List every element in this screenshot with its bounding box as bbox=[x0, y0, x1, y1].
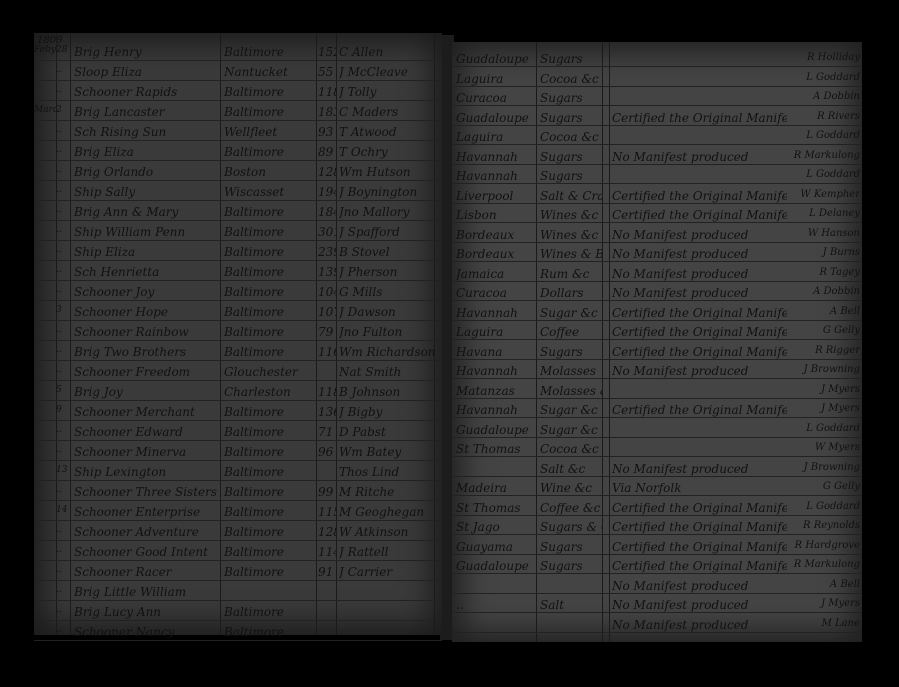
ledger-row: ..Schooner RacerBaltimore91J Carrier bbox=[34, 561, 442, 583]
port-cell: Boston bbox=[224, 165, 316, 179]
remarks-cell: Certified the Original Manifest bbox=[612, 559, 787, 573]
remarks-cell: Certified the Original Manifest bbox=[612, 345, 787, 359]
signed-cell: M Lane bbox=[790, 618, 860, 629]
remarks-cell: Certified the Original Manifest bbox=[612, 208, 787, 222]
remarks-cell: Certified the Original Manifest bbox=[612, 520, 787, 534]
cargo-cell: Sugars bbox=[540, 540, 602, 554]
from-cell: St Jago bbox=[456, 520, 536, 534]
day-cell: 14 bbox=[56, 505, 70, 515]
day-cell: .. bbox=[56, 525, 70, 535]
tons-cell: 114 bbox=[318, 545, 336, 559]
ledger-row: 14Schooner EnterpriseBaltimore115M Geogh… bbox=[34, 501, 442, 523]
ledger-row: ..Schooner FreedomGlouchesterNat Smith bbox=[34, 361, 442, 383]
day-cell: .. bbox=[56, 165, 70, 175]
from-cell: Havannah bbox=[456, 169, 536, 183]
vessel-cell: Schooner Rainbow bbox=[74, 325, 220, 339]
from-cell: Guadaloupe bbox=[456, 111, 536, 125]
master-cell: B Stovel bbox=[339, 245, 434, 259]
tons-cell: 115 bbox=[318, 505, 336, 519]
signed-cell: W Hanson bbox=[790, 228, 860, 239]
from-cell: Liverpool bbox=[456, 189, 536, 203]
signed-cell: L Goddard bbox=[790, 72, 860, 83]
from-cell: Laguira bbox=[456, 325, 536, 339]
signed-cell: A Bell bbox=[790, 306, 860, 317]
day-cell: 5 bbox=[56, 385, 70, 395]
tons-cell: 194 bbox=[318, 185, 336, 199]
vessel-cell: Schooner Three Sisters bbox=[74, 485, 220, 499]
from-cell: Curacoa bbox=[456, 91, 536, 105]
master-cell: J Rattell bbox=[339, 545, 434, 559]
vessel-cell: Schooner Hope bbox=[74, 305, 220, 319]
tons-cell: 89 bbox=[318, 145, 336, 159]
cargo-cell: Sugars bbox=[540, 91, 602, 105]
from-cell: Havannah bbox=[456, 150, 536, 164]
port-cell: Baltimore bbox=[224, 345, 316, 359]
master-cell: W Atkinson bbox=[339, 525, 434, 539]
vessel-cell: Sloop Eliza bbox=[74, 65, 220, 79]
tons-cell: 239 bbox=[318, 245, 336, 259]
port-cell: Baltimore bbox=[224, 105, 316, 119]
port-cell: Charleston bbox=[224, 385, 316, 399]
vessel-cell: Schooner Racer bbox=[74, 565, 220, 579]
cargo-cell: Dollars bbox=[540, 286, 602, 300]
vessel-cell: Brig Two Brothers bbox=[74, 345, 220, 359]
port-cell: Baltimore bbox=[224, 545, 316, 559]
from-cell: Havannah bbox=[456, 306, 536, 320]
remarks-cell: No Manifest produced bbox=[612, 364, 787, 378]
cargo-cell: Sugars bbox=[540, 111, 602, 125]
day-cell: .. bbox=[56, 245, 70, 255]
vessel-cell: Brig Lucy Ann bbox=[74, 605, 220, 619]
master-cell: J Dawson bbox=[339, 305, 434, 319]
port-cell: Baltimore bbox=[224, 225, 316, 239]
vessel-cell: Brig Lancaster bbox=[74, 105, 220, 119]
vessel-cell: Schooner Minerva bbox=[74, 445, 220, 459]
from-cell: Madeira bbox=[456, 481, 536, 495]
vessel-cell: Schooner Merchant bbox=[74, 405, 220, 419]
signed-cell: L Delaney bbox=[790, 208, 860, 219]
signed-cell: R Rivers bbox=[790, 111, 860, 122]
vessel-cell: Brig Little William bbox=[74, 585, 220, 599]
ledger-row: ..Schooner MinervaBaltimore96Wm Batey bbox=[34, 441, 442, 463]
day-cell: .. bbox=[56, 125, 70, 135]
master-cell: Jno Mallory bbox=[339, 205, 434, 219]
from-cell: .. bbox=[456, 598, 536, 612]
vessel-cell: Schooner Edward bbox=[74, 425, 220, 439]
tons-cell: 118 bbox=[318, 385, 336, 399]
master-cell: J Carrier bbox=[339, 565, 434, 579]
tons-cell: 128 bbox=[318, 165, 336, 179]
ledger-row: ..Schooner AdventureBaltimore128W Atkins… bbox=[34, 521, 442, 543]
master-cell: C Maders bbox=[339, 105, 434, 119]
vessel-cell: Schooner Rapids bbox=[74, 85, 220, 99]
tons-cell: 139 bbox=[318, 265, 336, 279]
tons-cell: 128 bbox=[318, 525, 336, 539]
signed-cell: A Dobbin bbox=[790, 91, 860, 102]
vessel-cell: Brig Eliza bbox=[74, 145, 220, 159]
day-cell: .. bbox=[56, 365, 70, 375]
signed-cell: G Gelly bbox=[790, 325, 860, 336]
signed-cell: L Goddard bbox=[790, 130, 860, 141]
remarks-cell: Via Norfolk bbox=[612, 481, 787, 495]
remarks-cell: Certified the Original Manifest bbox=[612, 306, 787, 320]
remarks-cell: No Manifest produced bbox=[612, 598, 787, 612]
from-cell: Guayama bbox=[456, 540, 536, 554]
cargo-cell: Sugar &c bbox=[540, 423, 602, 437]
port-cell: Baltimore bbox=[224, 445, 316, 459]
signed-cell: J Myers bbox=[790, 403, 860, 414]
cargo-cell: Molasses bbox=[540, 364, 602, 378]
ledger-row: ..Schooner JoyBaltimore104G Mills bbox=[34, 281, 442, 303]
day-cell: .. bbox=[56, 265, 70, 275]
cargo-cell: Cocoa &c bbox=[540, 442, 602, 456]
cargo-cell: Wine &c bbox=[540, 481, 602, 495]
remarks-cell: No Manifest produced bbox=[612, 286, 787, 300]
port-cell: Baltimore bbox=[224, 465, 316, 479]
vessel-cell: Brig Henry bbox=[74, 45, 220, 59]
from-cell: Bordeaux bbox=[456, 228, 536, 242]
day-cell: .. bbox=[56, 605, 70, 615]
port-cell: Baltimore bbox=[224, 85, 316, 99]
cargo-cell: Sugars bbox=[540, 559, 602, 573]
signed-cell: L Goddard bbox=[790, 169, 860, 180]
signed-cell: J Browning bbox=[790, 462, 860, 473]
cargo-cell: Molasses & Sugar bbox=[540, 384, 602, 398]
signed-cell: R Markulong bbox=[790, 150, 860, 161]
from-cell: Havana bbox=[456, 345, 536, 359]
tons-cell: 136 bbox=[318, 405, 336, 419]
vessel-cell: Schooner Good Intent bbox=[74, 545, 220, 559]
day-cell: .. bbox=[56, 425, 70, 435]
port-cell: Baltimore bbox=[224, 265, 316, 279]
master-cell: G Mills bbox=[339, 285, 434, 299]
remarks-cell: Certified the Original Manifest bbox=[612, 325, 787, 339]
month-cell: March bbox=[34, 105, 56, 115]
ledger-row: ..Brig Ann & MaryBaltimore184Jno Mallory bbox=[34, 201, 442, 223]
signed-cell: R Hardgrove bbox=[790, 540, 860, 551]
ledger-row: ..Schooner EdwardBaltimore71D Pabst bbox=[34, 421, 442, 443]
vessel-cell: Sch Henrietta bbox=[74, 265, 220, 279]
ledger-row: ..Ship William PennBaltimore301J Spaffor… bbox=[34, 221, 442, 243]
port-cell: Nantucket bbox=[224, 65, 316, 79]
master-cell: D Pabst bbox=[339, 425, 434, 439]
tons-cell: 91 bbox=[318, 565, 336, 579]
from-cell: St Thomas bbox=[456, 442, 536, 456]
ledger-row: ..Sch Rising SunWellfleet93T Atwood bbox=[34, 121, 442, 143]
port-cell: Baltimore bbox=[224, 205, 316, 219]
day-cell: .. bbox=[56, 345, 70, 355]
from-cell: Curacoa bbox=[456, 286, 536, 300]
ledger-row: ..Brig ElizaBaltimore89T Ochry bbox=[34, 141, 442, 163]
port-cell: Baltimore bbox=[224, 485, 316, 499]
remarks-cell: Certified the Original Manifest bbox=[612, 403, 787, 417]
master-cell: C Allen bbox=[339, 45, 434, 59]
ledger-row: ..Ship SallyWiscasset194J Boynington bbox=[34, 181, 442, 203]
ledger-row: ..Ship ElizaBaltimore239B Stovel bbox=[34, 241, 442, 263]
master-cell: J Bigby bbox=[339, 405, 434, 419]
master-cell: Jno Fulton bbox=[339, 325, 434, 339]
from-cell: Havannah bbox=[456, 364, 536, 378]
ledger-row: ..Schooner RapidsBaltimore118J Tolly bbox=[34, 81, 442, 103]
cargo-cell: Wines & Brandy bbox=[540, 247, 602, 261]
cargo-cell: Coffee bbox=[540, 325, 602, 339]
port-cell: Baltimore bbox=[224, 145, 316, 159]
ledger-row: ..Brig Two BrothersBaltimore116Wm Richar… bbox=[34, 341, 442, 363]
cargo-cell: Cocoa &c bbox=[540, 130, 602, 144]
day-cell: 9 bbox=[56, 405, 70, 415]
vessel-cell: Schooner Nancy bbox=[74, 625, 220, 639]
cargo-cell: Sugars bbox=[540, 169, 602, 183]
cargo-cell: Wines &c bbox=[540, 208, 602, 222]
remarks-cell: Certified the Original Manifest bbox=[612, 189, 787, 203]
master-cell: J Tolly bbox=[339, 85, 434, 99]
cargo-cell: Rum &c bbox=[540, 267, 602, 281]
tons-cell: 152 bbox=[318, 45, 336, 59]
signed-cell: J Myers bbox=[790, 598, 860, 609]
signed-cell: L Goddard bbox=[790, 501, 860, 512]
tons-cell: 79 bbox=[318, 325, 336, 339]
tons-cell: 183 bbox=[318, 105, 336, 119]
port-cell: Baltimore bbox=[224, 625, 316, 639]
tons-cell: 118 bbox=[318, 85, 336, 99]
ledger-row: ..Brig Lucy AnnBaltimore bbox=[34, 601, 442, 623]
master-cell: J Boynington bbox=[339, 185, 434, 199]
signed-cell: R Markulong bbox=[790, 559, 860, 570]
tons-cell: 301 bbox=[318, 225, 336, 239]
cargo-cell: Sugars bbox=[540, 150, 602, 164]
remarks-cell: Certified the Original Manifest bbox=[612, 501, 787, 515]
from-cell: Lisbon bbox=[456, 208, 536, 222]
day-cell: 2 bbox=[56, 105, 70, 115]
ledger-row: ..Schooner Three SistersBaltimore99M Rit… bbox=[34, 481, 442, 503]
remarks-cell: Certified the Original Manifest bbox=[612, 111, 787, 125]
cargo-cell: Cocoa &c bbox=[540, 72, 602, 86]
ledger-row: ..Schooner Good IntentBaltimore114J Ratt… bbox=[34, 541, 442, 563]
day-cell: .. bbox=[56, 85, 70, 95]
from-cell: Guadaloupe bbox=[456, 423, 536, 437]
tons-cell: 93 bbox=[318, 125, 336, 139]
signed-cell: R Holliday bbox=[790, 52, 860, 63]
cargo-cell: Sugar &c bbox=[540, 306, 602, 320]
master-cell: Nat Smith bbox=[339, 365, 434, 379]
tons-cell: 107 bbox=[318, 305, 336, 319]
port-cell: Baltimore bbox=[224, 45, 316, 59]
tons-cell: 184 bbox=[318, 205, 336, 219]
cargo-cell: Sugars bbox=[540, 345, 602, 359]
tons-cell: 55 bbox=[318, 65, 336, 79]
port-cell: Wiscasset bbox=[224, 185, 316, 199]
tons-cell: 99 bbox=[318, 485, 336, 499]
tons-cell: 116 bbox=[318, 345, 336, 359]
remarks-cell: No Manifest produced bbox=[612, 150, 787, 164]
master-cell: B Johnson bbox=[339, 385, 434, 399]
remarks-cell: No Manifest produced bbox=[612, 618, 787, 632]
ledger-row: March2Brig LancasterBaltimore183C Maders bbox=[34, 101, 442, 123]
port-cell: Baltimore bbox=[224, 285, 316, 299]
port-cell: Wellfleet bbox=[224, 125, 316, 139]
day-cell: .. bbox=[56, 325, 70, 335]
day-cell: 28 bbox=[56, 45, 70, 55]
cargo-cell: Salt & Crates bbox=[540, 189, 602, 203]
ledger-row: No Manifest producedM Lane bbox=[452, 614, 862, 636]
port-cell: Baltimore bbox=[224, 605, 316, 619]
ledger-row: ..Sloop ElizaNantucket55J McCleave bbox=[34, 61, 442, 83]
from-cell: Bordeaux bbox=[456, 247, 536, 261]
vessel-cell: Schooner Joy bbox=[74, 285, 220, 299]
ledger-row: 9Schooner MerchantBaltimore136J Bigby bbox=[34, 401, 442, 423]
cargo-cell: Sugar &c bbox=[540, 403, 602, 417]
ledger-row: Feby28Brig HenryBaltimore152C Allen bbox=[34, 41, 442, 63]
day-cell: .. bbox=[56, 145, 70, 155]
from-cell: Jamaica bbox=[456, 267, 536, 281]
master-cell: T Ochry bbox=[339, 145, 434, 159]
master-cell: J McCleave bbox=[339, 65, 434, 79]
remarks-cell: No Manifest produced bbox=[612, 267, 787, 281]
signed-cell: W Kempher bbox=[790, 189, 860, 200]
master-cell: Wm Batey bbox=[339, 445, 434, 459]
right-ledger-page: GuadaloupeSugarsR HollidayLaguiraCocoa &… bbox=[452, 42, 862, 642]
vessel-cell: Ship Sally bbox=[74, 185, 220, 199]
day-cell: .. bbox=[56, 225, 70, 235]
master-cell: Wm Richardson bbox=[339, 345, 434, 359]
cargo-cell: Sugars & Coffee bbox=[540, 520, 602, 534]
ledger-row: ..Schooner RainbowBaltimore79Jno Fulton bbox=[34, 321, 442, 343]
port-cell: Baltimore bbox=[224, 525, 316, 539]
day-cell: 13 bbox=[56, 465, 70, 475]
signed-cell: R Rigger bbox=[790, 345, 860, 356]
from-cell: Guadaloupe bbox=[456, 559, 536, 573]
ledger-row: ..Brig Little William bbox=[34, 581, 442, 603]
signed-cell: L Goddard bbox=[790, 423, 860, 434]
cargo-cell: Sugars bbox=[540, 52, 602, 66]
vessel-cell: Schooner Enterprise bbox=[74, 505, 220, 519]
port-cell: Baltimore bbox=[224, 405, 316, 419]
vessel-cell: Ship Eliza bbox=[74, 245, 220, 259]
from-cell: Guadaloupe bbox=[456, 52, 536, 66]
ledger-row: ..Schooner NancyBaltimore bbox=[34, 621, 442, 643]
master-cell: Wm Hutson bbox=[339, 165, 434, 179]
signed-cell: J Browning bbox=[790, 364, 860, 375]
vessel-cell: Schooner Freedom bbox=[74, 365, 220, 379]
signed-cell: A Dobbin bbox=[790, 286, 860, 297]
from-cell: Laguira bbox=[456, 130, 536, 144]
ledger-row: 5Brig JoyCharleston118B Johnson bbox=[34, 381, 442, 403]
day-cell: 3 bbox=[56, 305, 70, 315]
day-cell: .. bbox=[56, 585, 70, 595]
signed-cell: J Myers bbox=[790, 384, 860, 395]
cargo-cell: Coffee &c bbox=[540, 501, 602, 515]
vessel-cell: Ship William Penn bbox=[74, 225, 220, 239]
from-cell: Laguira bbox=[456, 72, 536, 86]
day-cell: .. bbox=[56, 485, 70, 495]
day-cell: .. bbox=[56, 205, 70, 215]
ledger-row: ..Sch HenriettaBaltimore139J Pherson bbox=[34, 261, 442, 283]
remarks-cell: Certified the Original Manifest bbox=[612, 540, 787, 554]
from-cell: Havannah bbox=[456, 403, 536, 417]
tons-cell: 104 bbox=[318, 285, 336, 299]
remarks-cell: No Manifest produced bbox=[612, 579, 787, 593]
day-cell: .. bbox=[56, 545, 70, 555]
signed-cell: J Burns bbox=[790, 247, 860, 258]
vessel-cell: Brig Ann & Mary bbox=[74, 205, 220, 219]
remarks-cell: No Manifest produced bbox=[612, 228, 787, 242]
ledger-row: ..Brig OrlandoBoston128Wm Hutson bbox=[34, 161, 442, 183]
from-cell: Matanzas bbox=[456, 384, 536, 398]
cargo-cell: Salt bbox=[540, 598, 602, 612]
port-cell: Baltimore bbox=[224, 325, 316, 339]
port-cell: Glouchester bbox=[224, 365, 316, 379]
left-ledger-page: 1809 Feby28Brig HenryBaltimore152C Allen… bbox=[34, 33, 442, 635]
day-cell: .. bbox=[56, 625, 70, 635]
signed-cell: W Myers bbox=[790, 442, 860, 453]
port-cell: Baltimore bbox=[224, 425, 316, 439]
vessel-cell: Brig Orlando bbox=[74, 165, 220, 179]
tons-cell: 71 bbox=[318, 425, 336, 439]
signed-cell: R Reynolds bbox=[790, 520, 860, 531]
ledger-row: 3Schooner HopeBaltimore107J Dawson bbox=[34, 301, 442, 323]
signed-cell: G Gelly bbox=[790, 481, 860, 492]
month-cell: Feby bbox=[34, 45, 56, 55]
ledger-row: 13Ship LexingtonBaltimoreThos Lind bbox=[34, 461, 442, 483]
port-cell: Baltimore bbox=[224, 305, 316, 319]
remarks-cell: No Manifest produced bbox=[612, 462, 787, 476]
signed-cell: R Tagey bbox=[790, 267, 860, 278]
day-cell: .. bbox=[56, 445, 70, 455]
master-cell: M Ritche bbox=[339, 485, 434, 499]
tons-cell: 96 bbox=[318, 445, 336, 459]
vessel-cell: Sch Rising Sun bbox=[74, 125, 220, 139]
remarks-cell: No Manifest produced bbox=[612, 247, 787, 261]
master-cell: J Spafford bbox=[339, 225, 434, 239]
port-cell: Baltimore bbox=[224, 565, 316, 579]
signed-cell: A Bell bbox=[790, 579, 860, 590]
day-cell: .. bbox=[56, 65, 70, 75]
day-cell: .. bbox=[56, 285, 70, 295]
master-cell: T Atwood bbox=[339, 125, 434, 139]
port-cell: Baltimore bbox=[224, 245, 316, 259]
day-cell: .. bbox=[56, 185, 70, 195]
cargo-cell: Salt &c bbox=[540, 462, 602, 476]
vessel-cell: Schooner Adventure bbox=[74, 525, 220, 539]
master-cell: J Pherson bbox=[339, 265, 434, 279]
from-cell: St Thomas bbox=[456, 501, 536, 515]
vessel-cell: Brig Joy bbox=[74, 385, 220, 399]
port-cell: Baltimore bbox=[224, 505, 316, 519]
master-cell: Thos Lind bbox=[339, 465, 434, 479]
cargo-cell: Wines &c bbox=[540, 228, 602, 242]
vessel-cell: Ship Lexington bbox=[74, 465, 220, 479]
day-cell: .. bbox=[56, 565, 70, 575]
master-cell: M Geoghegan bbox=[339, 505, 434, 519]
